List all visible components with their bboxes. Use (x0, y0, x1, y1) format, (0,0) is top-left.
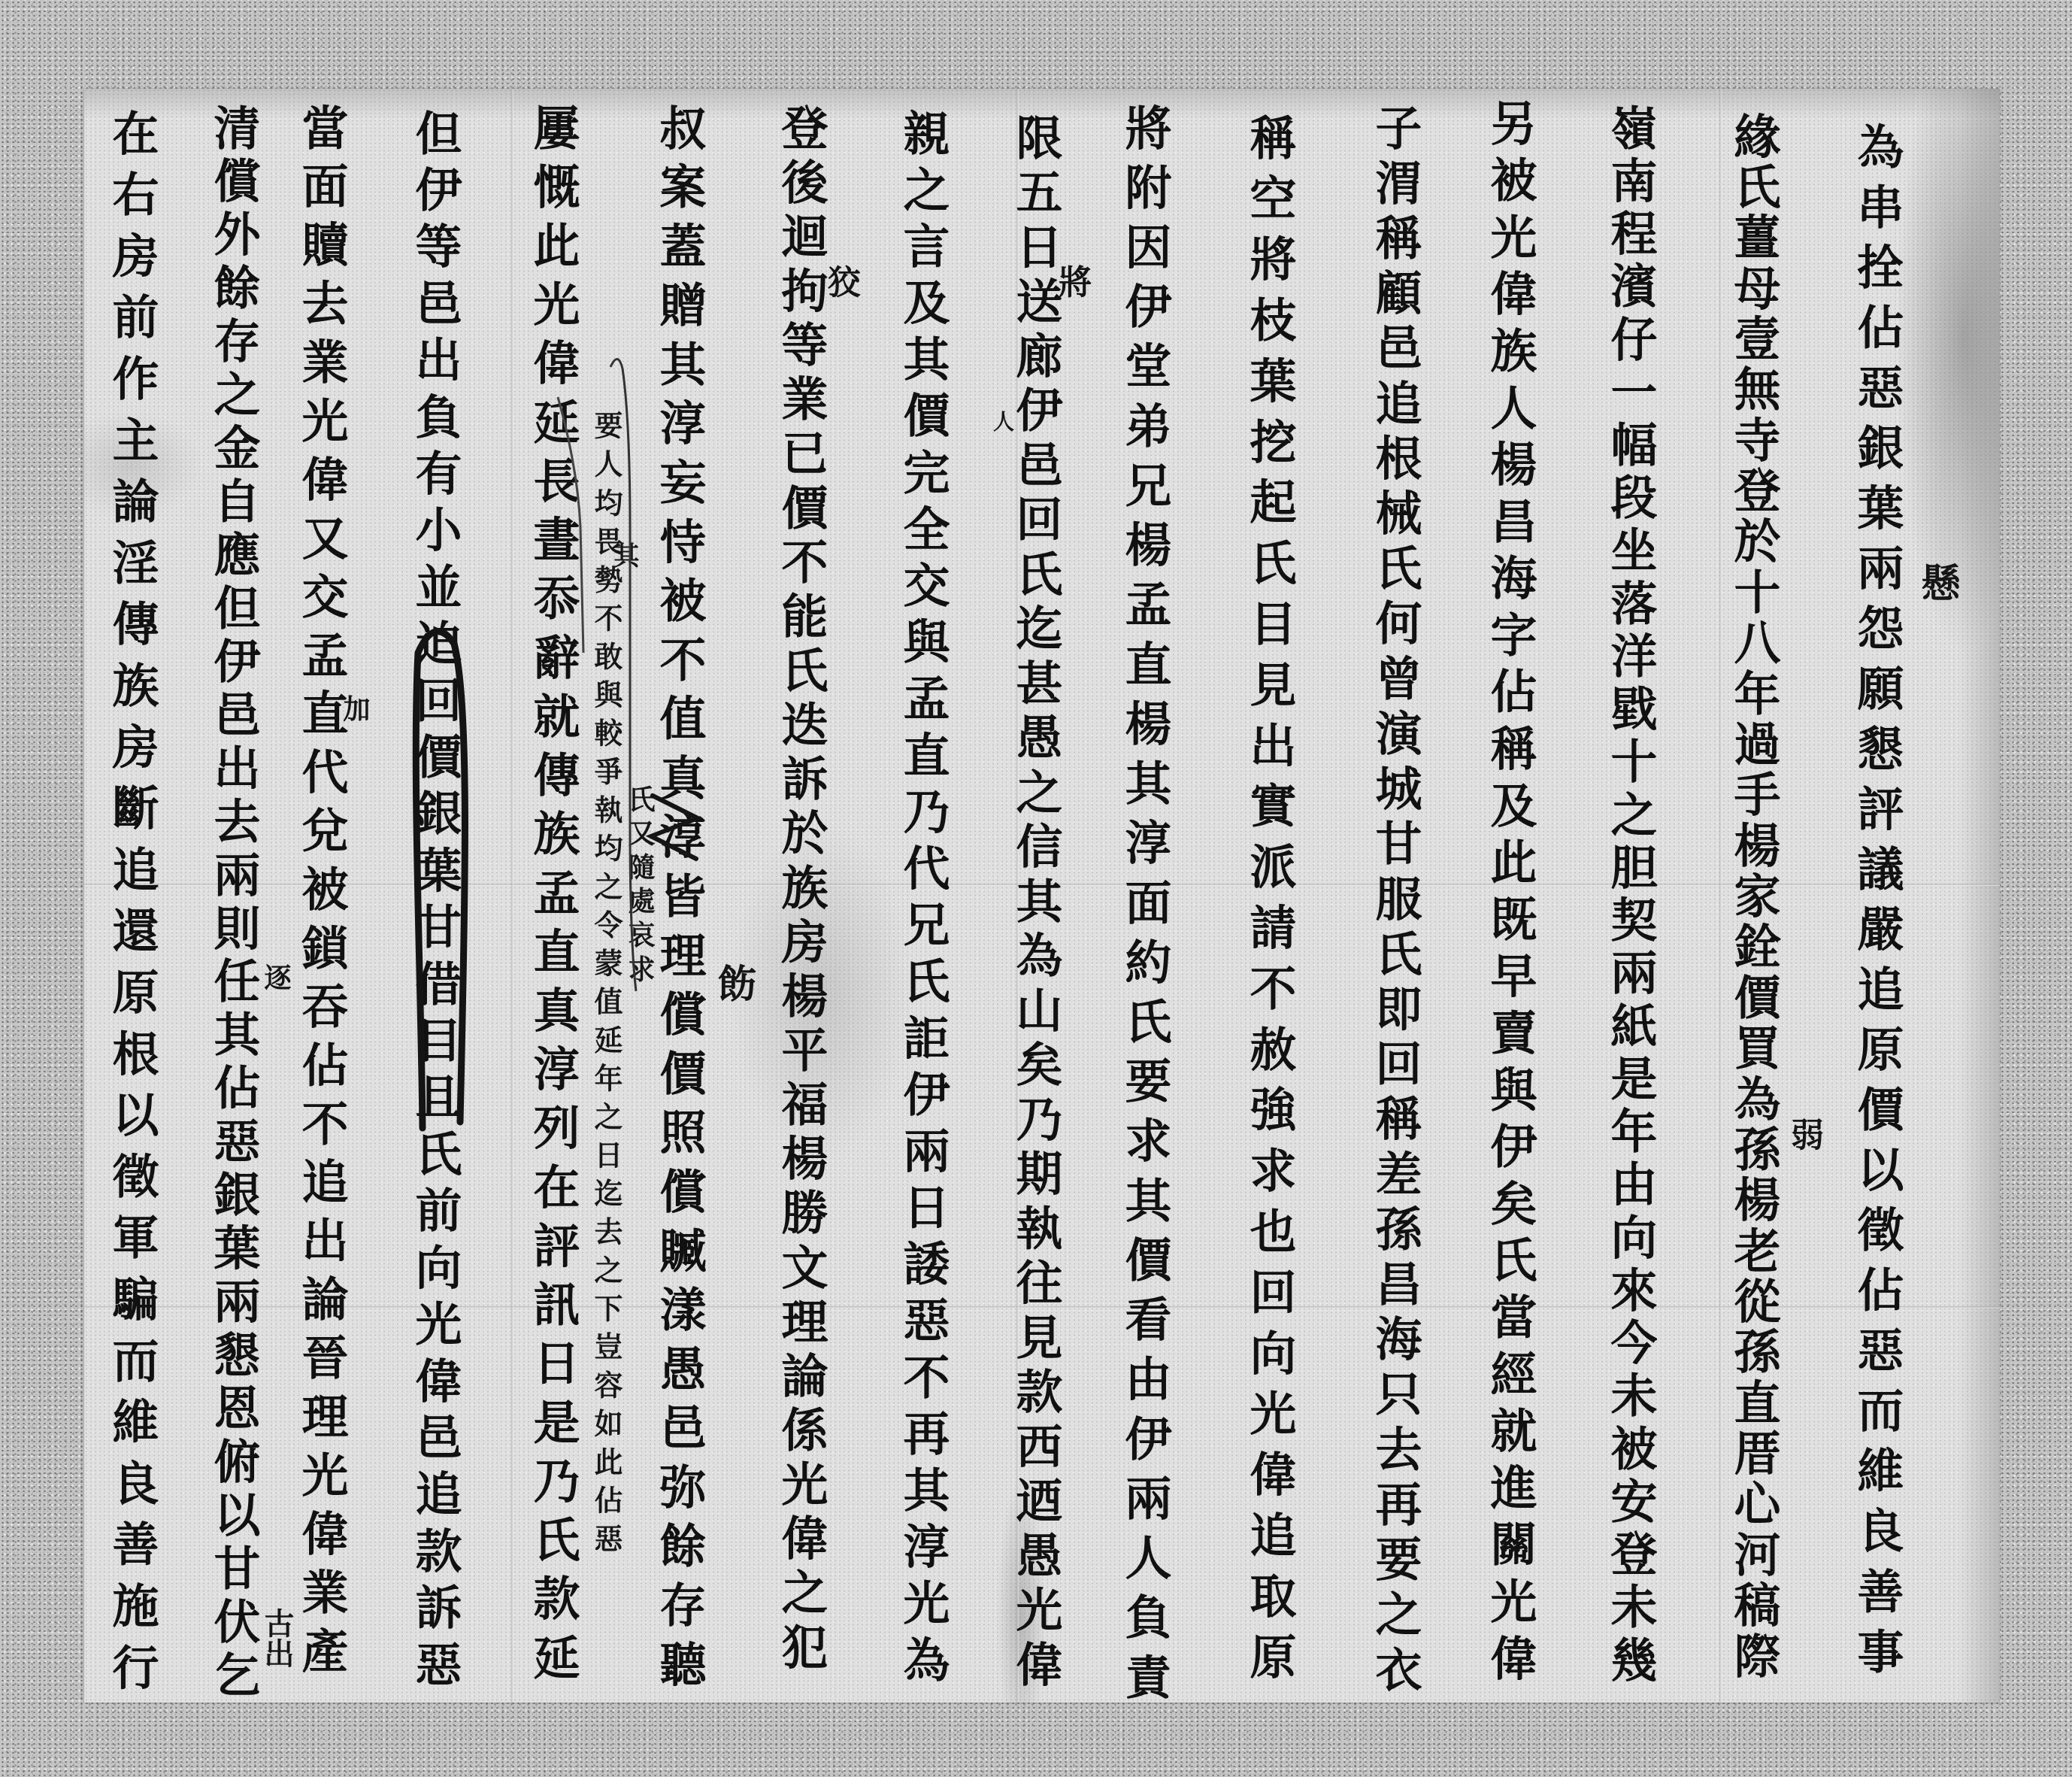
text-column: 清償外餘存之金自應但伊邑出去兩則任其佔惡銀葉兩懇恩俯以甘伏乞 (204, 104, 262, 1697)
insertion-mark: 人 (992, 411, 1013, 432)
text-column: 嶺南程濱仔一幅段坐落洋戥十之胆契兩紙是年由向來今未被安登未幾 (1601, 104, 1659, 1682)
vertical-fold-line (1719, 89, 1722, 1703)
title-column: 為串拴佔惡銀葉兩怨願懇評議嚴追原價以徵佔惡而維良善事 (1848, 123, 1905, 1674)
text-column: 另被光偉族人楊昌海字佔稱及此既早賣與伊矣氏當經就進關光偉 (1481, 99, 1538, 1681)
text-column: 屢慨此光偉延長晝忝辭就傳族孟直真淳列在評訊日是乃氏款延 (524, 104, 581, 1680)
vertical-fold-line (511, 89, 513, 1703)
insertion-mark: 逐 (262, 963, 289, 990)
insertion-mark: 飭 (713, 963, 753, 1002)
text-column: 但伊等邑出負有小並迫回價銀葉甘借目且氏前向光偉邑追款訴惡 (406, 109, 463, 1687)
insertion-mark: 懸 (1917, 563, 1956, 602)
text-column: 限五日送廊伊邑回氏迄甚愚之信其為山矣乃期執往見款西迺愚光偉 (1007, 114, 1064, 1687)
text-column: 當面贖去業光偉又交孟直代兌被鎖吞佔不追出論晉理光偉業產 (292, 104, 350, 1673)
side-note: 要人均畏勢不敢與較爭執均之令蒙值延年之日迄去之下豈容如此佔惡 (590, 411, 622, 1552)
text-column: 子渭稱顧邑追根械氏何曾演城甘服氏即回稱差孫昌海只去再要之衣 (1366, 104, 1423, 1692)
insertion-mark: 其 (611, 542, 637, 568)
text-column: 叔案蓋贈其淳妄恃被不值真淳皆理償價照償贓漾愚邑弥餘存聽 (650, 104, 707, 1687)
closing-column: 在右房前作主論淫傳族房斷追還原根以徵軍騙而維良善施行 (103, 109, 160, 1690)
text-column: 稱空將枝葉挖起氏目見出實派請不赦強求也回向光偉追取原 (1240, 114, 1298, 1679)
text-column: 將附因伊堂弟兄楊孟直楊其淳面約氏要求其價看由伊兩人負責 (1116, 104, 1173, 1700)
insertion-mark: 狡 (824, 265, 857, 298)
text-column: 登後迴拘等業已價不能氏迭訴於族房楊平福楊勝文理論係光偉之犯 (772, 104, 829, 1669)
text-column: 緣氏薑母壹無寺登於十八年過手楊家銓價買為孫楊老從孫直厝心河稿際 (1725, 112, 1782, 1678)
insertion-mark: 古出 (262, 1608, 292, 1668)
insertion-mark: 弱 (1787, 1117, 1820, 1151)
side-note: 氏又隨處哀求 (625, 785, 655, 982)
text-column: 親之言及其價完全交與孟直乃代兄氏詎伊兩日諉惡不再其淳光為 (894, 109, 951, 1682)
insertion-mark: 加 (341, 695, 368, 722)
insertion-mark: 將 (1055, 265, 1088, 298)
